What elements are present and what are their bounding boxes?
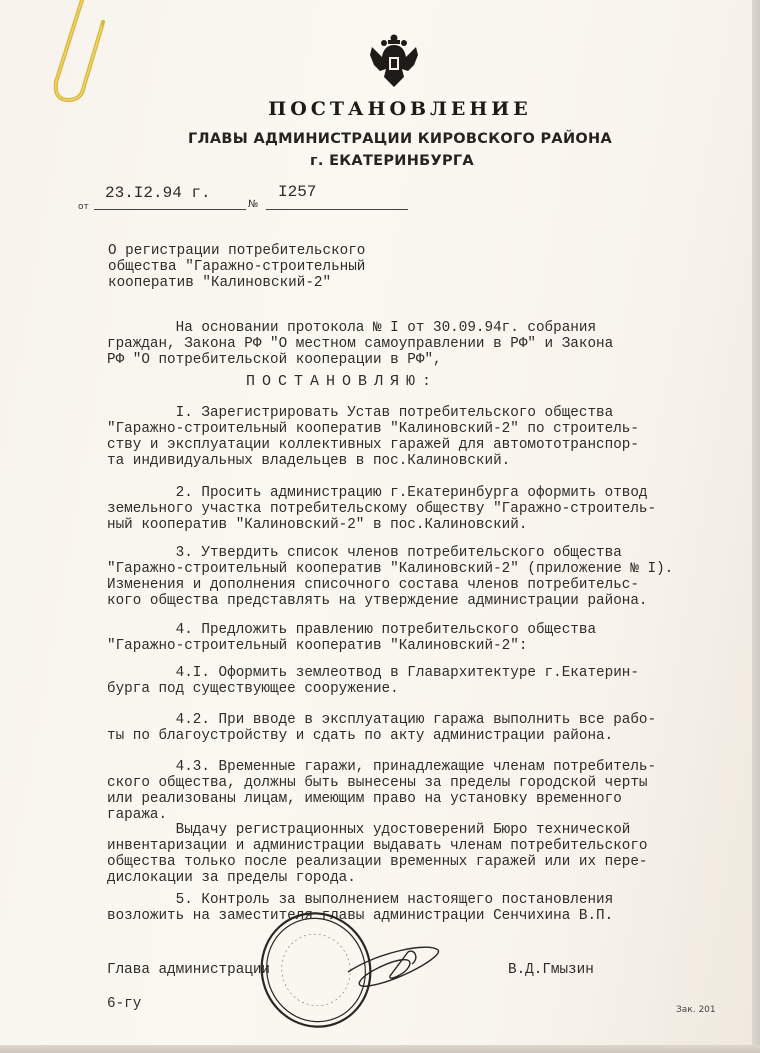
item-1: I. Зарегистрировать Устав потребительско… bbox=[107, 405, 639, 469]
date-underline bbox=[94, 209, 246, 210]
item-2: 2. Просить администрацию г.Екатеринбурга… bbox=[107, 485, 656, 533]
official-stamp-icon bbox=[258, 912, 478, 1032]
print-order-number: Зак. 201 bbox=[676, 1005, 716, 1015]
issuer-line-2: г. ЕКАТЕРИНБУРГА bbox=[12, 153, 760, 169]
document-title: ПОСТАНОВЛЕНИЕ bbox=[0, 98, 760, 120]
preamble: На основании протокола № I от 30.09.94г.… bbox=[107, 320, 613, 368]
subject: О регистрации потребительского общества … bbox=[108, 243, 365, 291]
page-edge-right bbox=[752, 0, 760, 1053]
date-label: от bbox=[78, 199, 89, 215]
item-4: 4. Предложить правлению потребительского… bbox=[107, 622, 596, 654]
document-date: 23.I2.94 г. bbox=[105, 185, 211, 201]
paperclip-icon bbox=[44, 0, 114, 110]
number-label: № bbox=[248, 197, 258, 213]
date-number-line: от 23.I2.94 г. № I257 bbox=[78, 188, 338, 218]
document-number: I257 bbox=[278, 184, 316, 200]
document-page: ПОСТАНОВЛЕНИЕ ГЛАВЫ АДМИНИСТРАЦИИ КИРОВС… bbox=[0, 0, 752, 1045]
number-underline bbox=[266, 209, 408, 210]
issuer-line-1: ГЛАВЫ АДМИНИСТРАЦИИ КИРОВСКОГО РАЙОНА bbox=[20, 131, 760, 147]
item-4-3: 4.3. Временные гаражи, принадлежащие чле… bbox=[107, 759, 656, 823]
item-4-1: 4.I. Оформить землеотвод в Главархитекту… bbox=[107, 665, 639, 697]
form-code: 6-гу bbox=[107, 996, 141, 1012]
item-4-3-note: Выдачу регистрационных удостоверений Бюр… bbox=[107, 822, 648, 886]
item-4-2: 4.2. При вводе в эксплуатацию гаража вып… bbox=[107, 712, 656, 744]
decree-heading: ПОСТАНОВЛЯЮ: bbox=[246, 374, 438, 390]
page-edge-bottom bbox=[0, 1045, 760, 1053]
signatory-title: Глава администрации bbox=[107, 962, 270, 978]
signatory-name: В.Д.Гмызин bbox=[508, 962, 594, 978]
item-3: 3. Утвердить список членов потребительск… bbox=[107, 545, 673, 609]
coat-of-arms-icon bbox=[368, 33, 420, 91]
